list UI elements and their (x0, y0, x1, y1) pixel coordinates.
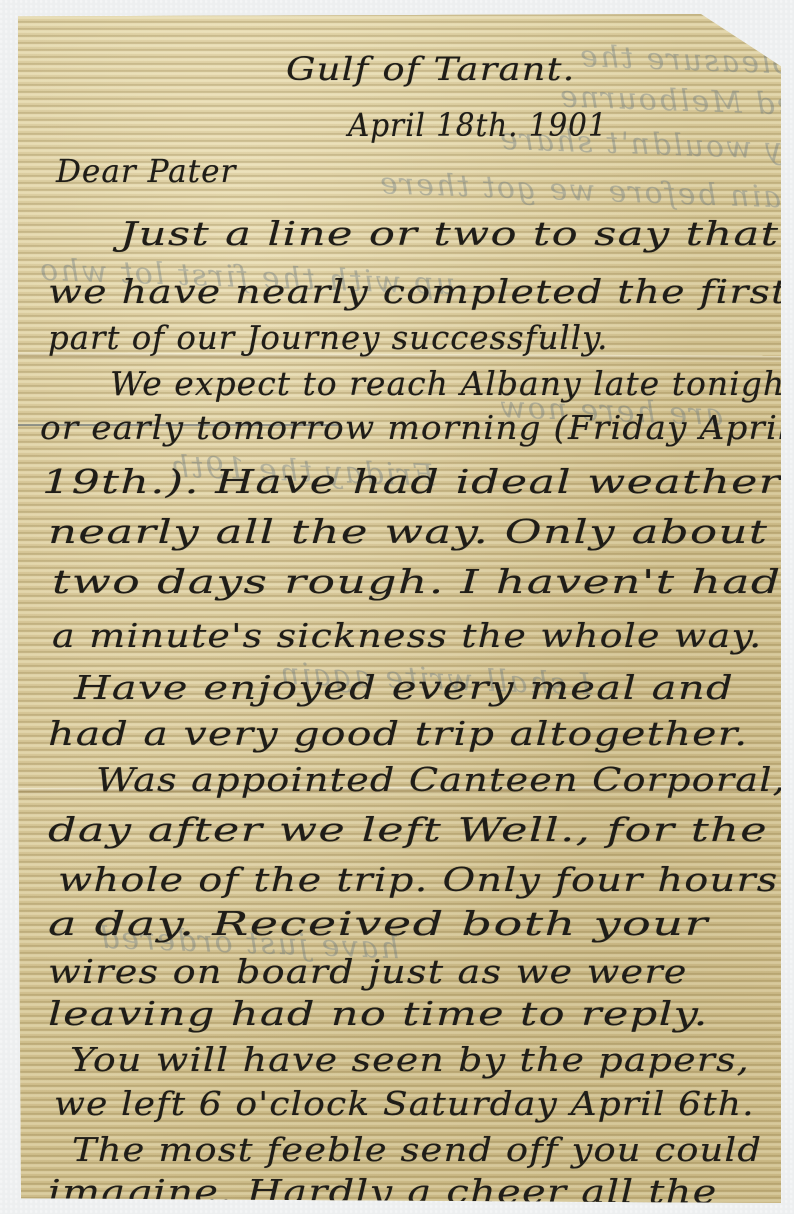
salutation: Dear Pater (56, 152, 236, 190)
letter-date: April 18th. 1901 (348, 106, 608, 144)
letter-line: or early tomorrow morning (Friday April (40, 408, 790, 447)
letter-line: nearly all the way. Only about (48, 512, 768, 551)
letter-line: 19th.). Have had ideal weather (42, 462, 781, 501)
letter-line: wires on board just as we were (48, 952, 688, 991)
letter-place: Gulf of Tarant. (286, 50, 576, 88)
letter-line: we left 6 o'clock Saturday April 6th. (54, 1084, 755, 1123)
bleed-through-text: again before we got there (378, 166, 794, 216)
letter-line: a minute's sickness the whole way. (52, 616, 762, 655)
letter-line: The most feeble send off you could (72, 1130, 762, 1169)
letter-page: my pleasure the we arrived Melbourne but… (18, 14, 781, 1203)
letter-line: part of our Journey successfully. (48, 318, 608, 357)
letter-line: We expect to reach Albany late tonight (110, 364, 794, 403)
letter-line: had a very good trip altogether. (48, 714, 748, 753)
letter-line: leaving had no time to reply. (48, 994, 709, 1033)
letter-line: a day. Received both your (48, 904, 709, 943)
letter-line: Just a line or two to say that (120, 214, 779, 253)
letter-line: we have nearly completed the first (48, 272, 788, 311)
letter-line: Have enjoyed every meal and (74, 668, 734, 707)
letter-line: whole of the trip. Only four hours (58, 860, 778, 899)
letter-line: You will have seen by the papers, (70, 1040, 750, 1079)
letter-line: Was appointed Canteen Corporal, (96, 760, 786, 799)
letter-line: day after we left Well., for the (48, 810, 768, 849)
letter-line: two days rough. I haven't had (52, 562, 782, 601)
